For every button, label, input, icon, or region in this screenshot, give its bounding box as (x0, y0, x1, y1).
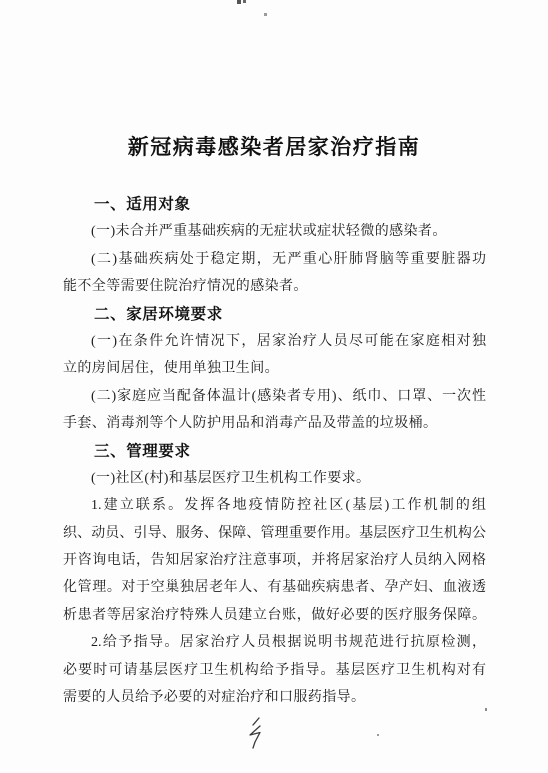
document-title: 新冠病毒感染者居家治疗指南 (0, 131, 548, 161)
doc-line: 2.给予指导。居家治疗人员根据说明书规范进行抗原检测， (63, 629, 486, 656)
doc-line: 手套、消毒剂等个人防护用品和消毒产品及带盖的垃圾桶。 (63, 410, 486, 437)
document-page: 新冠病毒感染者居家治疗指南 一、适用对象 (一)未合并严重基础疾病的无症状或症状… (0, 0, 548, 773)
scan-artifact (243, 0, 246, 3)
doc-line: (二)家庭应当配备体温计(感染者专用)、纸巾、口罩、一次性 (63, 383, 486, 410)
section-heading: 三、管理要求 (63, 438, 486, 465)
doc-line: (二)基础疾病处于稳定期，无严重心肝肺肾脑等重要脏器功 (63, 246, 486, 273)
doc-line: (一)未合并严重基础疾病的无症状或症状轻微的感染者。 (63, 218, 486, 245)
doc-line: (一)社区(村)和基层医疗卫生机构工作要求。 (63, 465, 486, 492)
doc-line: 需要的人员给予必要的对症治疗和口服药指导。 (63, 684, 486, 711)
doc-line: 1.建立联系。发挥各地疫情防控社区(基层)工作机制的组 (63, 492, 486, 519)
doc-line: 必要时可请基层医疗卫生机构给予指导。基层医疗卫生机构对有 (63, 657, 486, 684)
doc-line: 开咨询电话，告知居家治疗注意事项，并将居家治疗人员纳入网格 (63, 547, 486, 574)
doc-line: 立的房间居住，使用单独卫生间。 (63, 355, 486, 382)
doc-line: 能不全等需要住院治疗情况的感染者。 (63, 273, 486, 300)
doc-line: 化管理。对于空巢独居老年人、有基础疾病患者、孕产妇、血液透 (63, 574, 486, 601)
section-heading: 二、家居环境要求 (63, 301, 486, 328)
scan-artifact (237, 0, 241, 4)
doc-line: 织、动员、引导、服务、保障、管理重要作用。基层医疗卫生机构公 (63, 520, 486, 547)
scan-artifact (264, 13, 267, 16)
doc-line: 析患者等居家治疗特殊人员建立台账，做好必要的医疗服务保障。 (63, 602, 486, 629)
document-body: 一、适用对象 (一)未合并严重基础疾病的无症状或症状轻微的感染者。 (二)基础疾… (63, 191, 486, 711)
section-heading: 一、适用对象 (63, 191, 486, 218)
scan-artifact (377, 734, 379, 736)
doc-line: (一)在条件允许情况下，居家治疗人员尽可能在家庭相对独 (63, 328, 486, 355)
handwritten-page-number-mark (246, 715, 266, 751)
